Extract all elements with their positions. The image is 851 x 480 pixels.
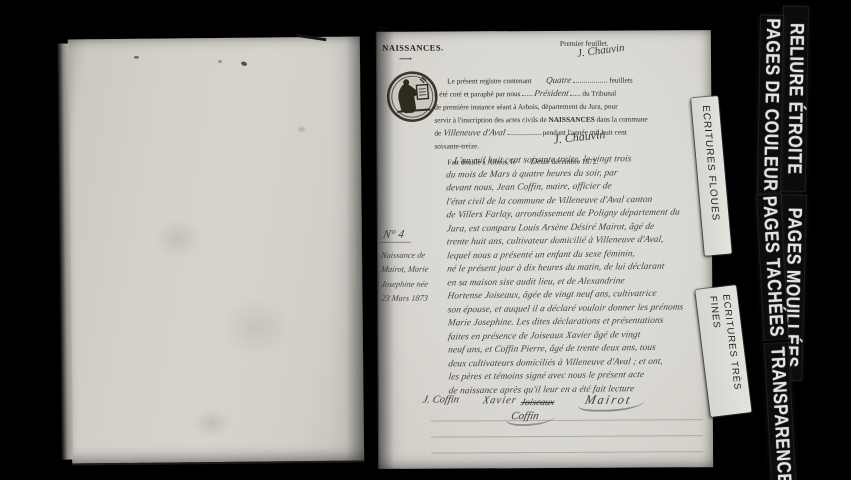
right-page: NAISSANCES. ⟶ Premier feuillet. J. Chauv… — [376, 30, 713, 469]
ruled-line — [431, 419, 703, 421]
left-page — [68, 36, 364, 465]
dotted-line — [507, 128, 541, 135]
dotted-line — [570, 89, 580, 96]
scan-viewport: NAISSANCES. ⟶ Premier feuillet. J. Chauv… — [0, 0, 851, 480]
stain-mark — [297, 125, 307, 133]
condition-strip-pages-de-couleur: PAGES DE COULEUR — [758, 16, 783, 194]
book-gutter-shadow — [346, 26, 394, 470]
handwritten-entry: Président — [533, 87, 569, 100]
dotted-line — [522, 89, 532, 96]
signature: Xavier — [482, 395, 518, 406]
handwritten-entry: Quatre — [533, 74, 573, 87]
signature: Mairot — [577, 392, 647, 411]
stain-mark — [220, 297, 291, 358]
ink-mark — [295, 34, 326, 50]
condition-strip-reliure-etroite: RELIURE ÉTROITE — [781, 7, 808, 191]
arrow-ornament-icon: ⟶ — [399, 54, 412, 65]
stain-mark — [192, 408, 232, 438]
ruled-line — [431, 435, 703, 437]
stain-mark — [241, 61, 248, 67]
signature: Coffin — [505, 410, 556, 426]
act-body: L'an mil huit cent soixante treize, le v… — [446, 152, 711, 398]
stain-mark — [218, 60, 222, 63]
dotted-line — [573, 76, 607, 83]
stain-mark — [155, 218, 201, 258]
signature: Joiseaux — [520, 398, 555, 408]
printed-preamble: Le présent registre contenant Quatre feu… — [434, 50, 704, 51]
stain-mark — [134, 56, 139, 59]
signature: J. Coffin — [422, 394, 460, 405]
ruled-line — [431, 451, 703, 453]
strip-seam — [762, 340, 790, 343]
handwritten-entry: Villeneuve d'Aval — [442, 126, 506, 139]
